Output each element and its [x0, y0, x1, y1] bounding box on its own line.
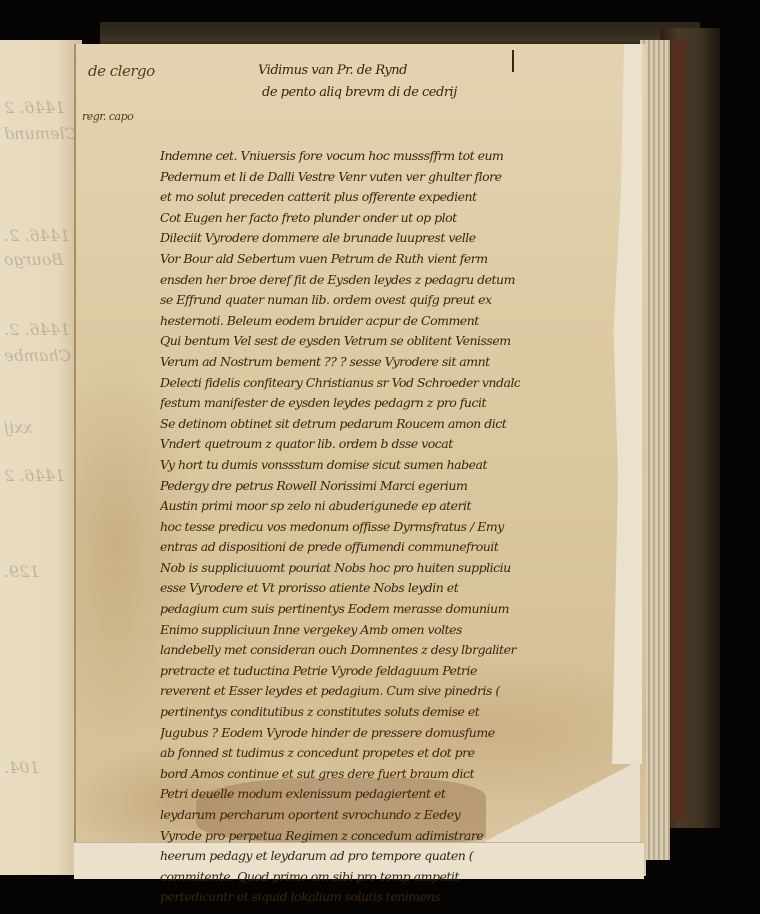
text-line: et mo solut preceden catterit plus offer…	[160, 187, 520, 208]
text-line: pertedicantr et siquid lokalium solutis …	[160, 887, 520, 908]
text-line: Enimo suppliciuun Inne vergekey Amb omen…	[160, 620, 520, 641]
text-line: pedagium cum suis pertinentys Eodem mera…	[160, 599, 520, 620]
text-line: Jugubus ? Eodem Vyrode hinder de presser…	[160, 723, 520, 744]
bleed-through-text: 129.	[4, 562, 40, 581]
text-line: Vy hort tu dumis vonssstum domise sicut …	[160, 455, 520, 476]
text-line: Vyrode pro perpetua Regimen z concedum a…	[160, 826, 520, 847]
text-line: leydarum percharum oportent svrochundo z…	[160, 805, 520, 826]
text-line: Austin primi moor sp zelo ni abuderigune…	[160, 496, 520, 517]
bleed-through-text: Chambe	[4, 346, 71, 365]
text-line: Cot Eugen her facto freto plunder onder …	[160, 208, 520, 229]
text-line: pretracte et tuductina Petrie Vyrode fel…	[160, 661, 520, 682]
book-spine-leather	[672, 40, 686, 820]
text-line: reverent et Esser leydes et pedagium. Cu…	[160, 681, 520, 702]
left-facing-page: 1446. 2 Clemund 1446. 2. Bourgo 1446. 2.…	[0, 40, 82, 875]
bleed-through-text: 1446. 2	[4, 98, 65, 117]
text-line: commitente. Quod primo om sibi pro temp …	[160, 867, 520, 888]
bleed-through-text: 1446. 2.	[4, 226, 70, 245]
text-line: Vor Bour ald Sebertum vuen Petrum de Rut…	[160, 249, 520, 270]
margin-note: regr. capo	[82, 110, 133, 123]
bleed-through-text: 1446. 2	[4, 466, 65, 485]
heading-line: de pento aliq brevm di de cedrij	[258, 82, 457, 104]
text-line: Pedergy dre petrus Rowell Norissimi Marc…	[160, 476, 520, 497]
text-line: ensden her broe deref fit de Eysden leyd…	[160, 270, 520, 291]
document-heading: Vidimus van Pr. de Rynd de pento aliq br…	[258, 60, 457, 104]
folio-stroke-mark	[512, 50, 514, 72]
margin-note: de clergo	[88, 62, 155, 80]
text-line: landebelly met consideran ouch Domnentes…	[160, 640, 520, 661]
heading-line: Vidimus van Pr. de Rynd	[258, 60, 457, 82]
text-line: Pedernum et li de Dalli Vestre Venr vute…	[160, 167, 520, 188]
text-line: Qui bentum Vel sest de eysden Vetrum se …	[160, 331, 520, 352]
text-line: Petri deuelle modum exlenissum pedagiert…	[160, 784, 520, 805]
text-line: Nob is suppliciuuomt pouriat Nobs hoc pr…	[160, 558, 520, 579]
text-line: ab fonned st tudimus z concedunt propete…	[160, 743, 520, 764]
text-line: bord Amos continue et sut gres dere fuer…	[160, 764, 520, 785]
text-line: Vndert quetroum z quator lib. ordem b ds…	[160, 434, 520, 455]
text-line: esse Vyrodere et Vt prorisso atiente Nob…	[160, 578, 520, 599]
bleed-through-text: Bourgo	[4, 250, 63, 269]
text-line: Indemne cet. Vniuersis fore vocum hoc mu…	[160, 146, 520, 167]
bleed-through-text: 104.	[4, 758, 40, 777]
text-line: entras ad dispositioni de prede offumend…	[160, 537, 520, 558]
text-line: Dileciit Vyrodere dommere ale brunade lu…	[160, 228, 520, 249]
bleed-through-text: xxij	[4, 418, 32, 437]
text-line: Delecti fidelis confiteary Christianus s…	[160, 373, 520, 394]
text-line: Verum ad Nostrum bement ?? ? sesse Vyrod…	[160, 352, 520, 373]
bleed-through-text: 1446. 2.	[4, 320, 70, 339]
text-line: festum manifester de eysden leydes pedag…	[160, 393, 520, 414]
text-line: hoc tesse predicu vos medonum offisse Dy…	[160, 517, 520, 538]
text-line: heerum pedagy et leydarum ad pro tempore…	[160, 846, 520, 867]
bleed-through-text: Clemund	[4, 124, 77, 143]
text-line: hesternoti. Beleum eodem bruider acpur d…	[160, 311, 520, 332]
text-line: pertinentys conditutibus z constitutes s…	[160, 702, 520, 723]
manuscript-body-text: Indemne cet. Vniuersis fore vocum hoc mu…	[160, 146, 520, 908]
text-line: Se detinom obtinet sit detrum pedarum Ro…	[160, 414, 520, 435]
text-line: se Effrund quater numan lib. ordem ovest…	[160, 290, 520, 311]
